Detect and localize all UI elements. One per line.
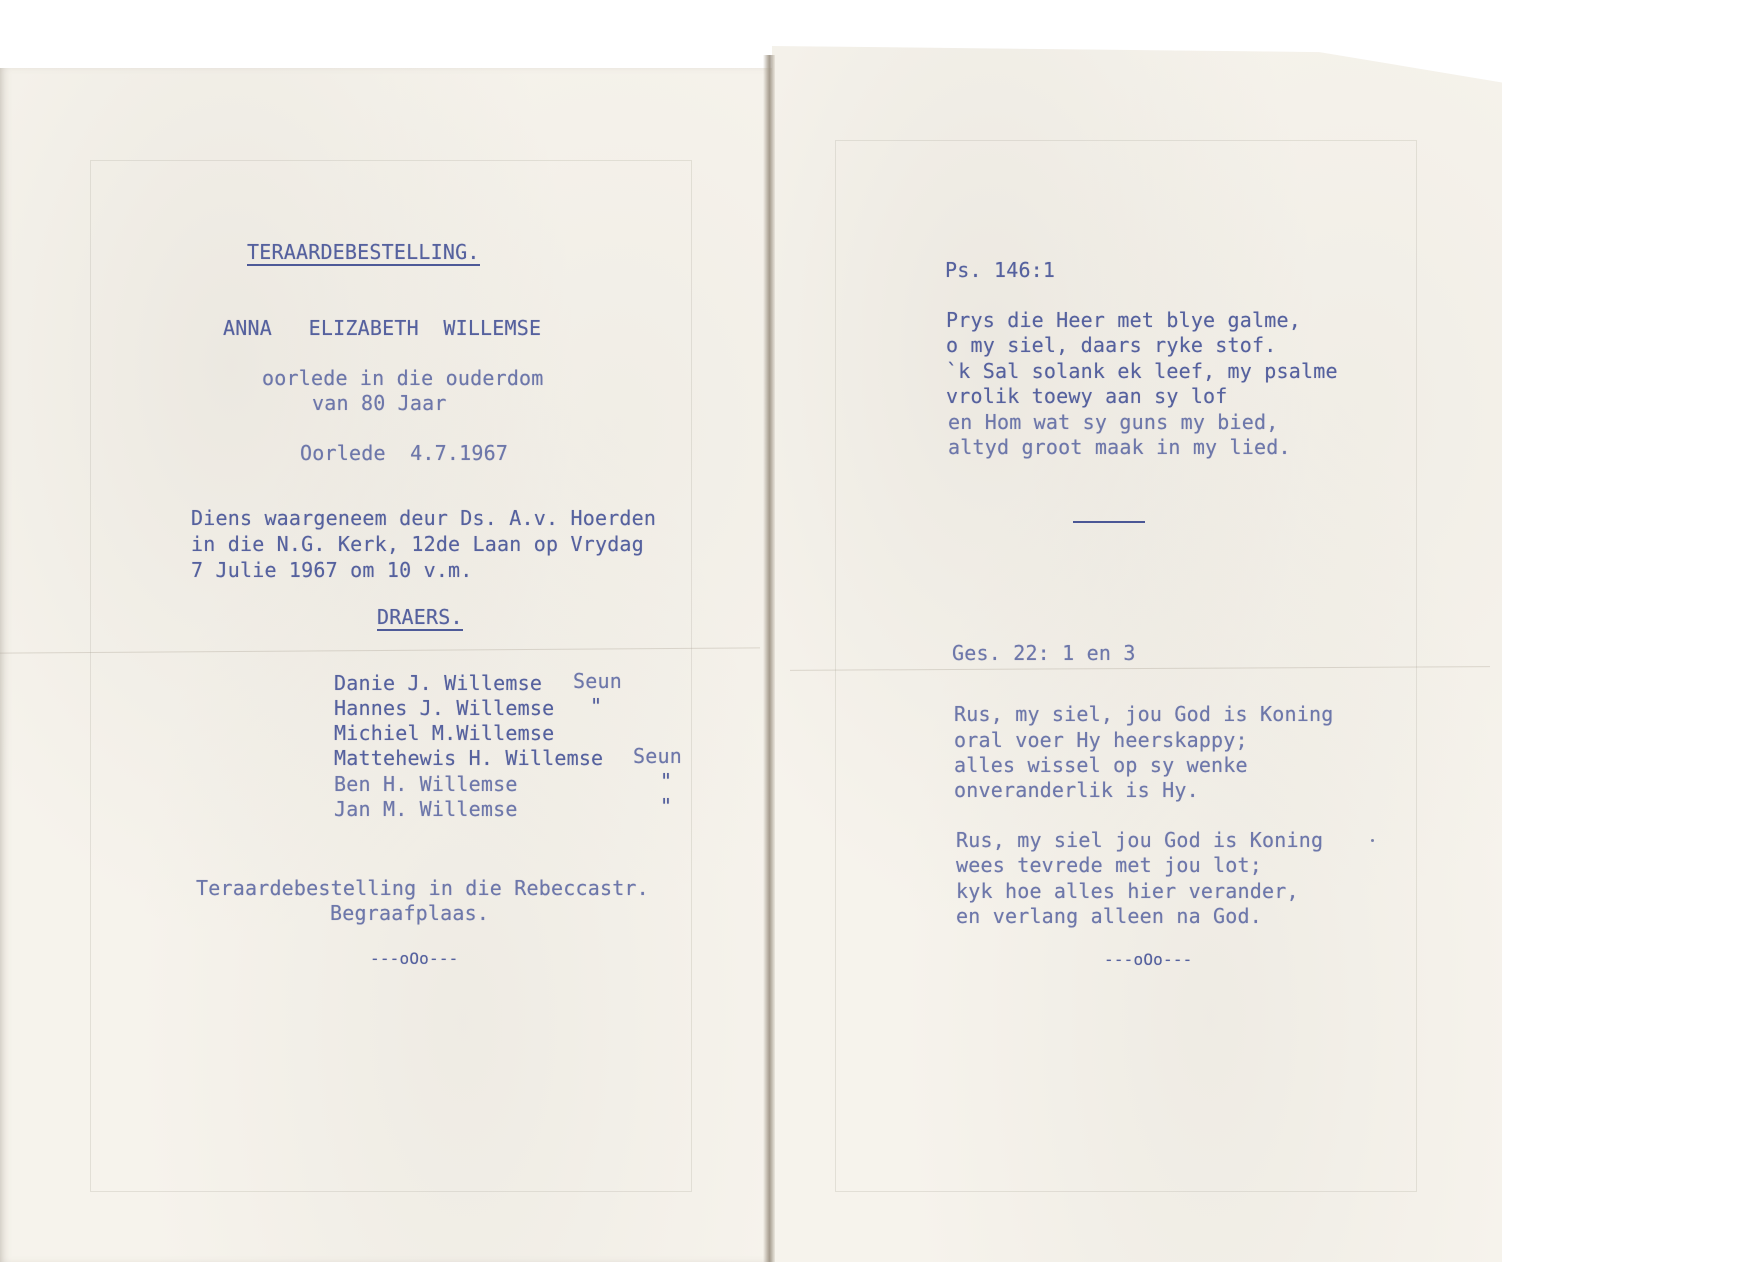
scanned-funeral-program: TERAARDEBESTELLING. ANNA ELIZABETH WILLE… xyxy=(0,0,1738,1266)
verse-line: `k Sal solank ek leef, my psalme xyxy=(946,361,1338,381)
verse-line: vrolik toewy aan sy lof xyxy=(946,386,1228,406)
verse-line: oral voer Hy heerskappy; xyxy=(954,730,1248,750)
bearer-name: Mattehewis H. Willemse xyxy=(334,748,603,768)
age-line-2: van 80 Jaar xyxy=(312,393,447,413)
bearer-relation: Seun xyxy=(633,746,682,766)
hymn-2-reference: Ges. 22: 1 en 3 xyxy=(952,643,1136,663)
center-fold xyxy=(763,55,775,1262)
verse-line: wees tevrede met jou lot; xyxy=(956,855,1262,875)
burial-line-1: Teraardebestelling in die Rebeccastr. xyxy=(196,878,649,898)
bearer-relation: Seun xyxy=(573,671,622,691)
verse-line: kyk hoe alles hier verander, xyxy=(956,881,1299,901)
hymn-1-reference: Ps. 146:1 xyxy=(945,260,1055,280)
verse-line: Prys die Heer met blye galme, xyxy=(946,310,1301,330)
bearer-name: Danie J. Willemse xyxy=(334,673,542,693)
bearer-name: Michiel M.Willemse xyxy=(334,723,554,743)
service-line: Diens waargeneem deur Ds. A.v. Hoerden xyxy=(191,508,656,528)
burial-line-2: Begraafplaas. xyxy=(330,903,489,923)
service-line: 7 Julie 1967 om 10 v.m. xyxy=(191,560,473,580)
deceased-name: ANNA ELIZABETH WILLEMSE xyxy=(223,318,541,338)
bearers-heading: DRAERS. xyxy=(377,607,463,631)
verse-line: onveranderlik is Hy. xyxy=(954,780,1199,800)
verse-line: Rus, my siel jou God is Koning xyxy=(956,830,1323,850)
bearer-relation: " xyxy=(590,696,602,716)
bearer-name: Jan M. Willemse xyxy=(334,799,518,819)
page-heading: TERAARDEBESTELLING. xyxy=(247,242,480,266)
bearer-name: Ben H. Willemse xyxy=(334,774,518,794)
bearer-name: Hannes J. Willemse xyxy=(334,698,554,718)
verse-line: o my siel, daars ryke stof. xyxy=(946,335,1277,355)
date-of-death: Oorlede 4.7.1967 xyxy=(300,443,508,463)
end-mark: ---oOo--- xyxy=(370,951,459,967)
ink-speck xyxy=(1371,839,1374,842)
verse-line: alles wissel op sy wenke xyxy=(954,755,1248,775)
bearer-relation: " xyxy=(660,771,672,791)
end-mark: ---oOo--- xyxy=(1104,952,1193,968)
bearer-relation: " xyxy=(660,796,672,816)
service-line: in die N.G. Kerk, 12de Laan op Vrydag xyxy=(191,534,644,554)
separator-rule xyxy=(1073,521,1145,523)
verse-line: altyd groot maak in my lied. xyxy=(948,437,1291,457)
verse-line: en Hom wat sy guns my bied, xyxy=(948,412,1279,432)
right-page-border xyxy=(835,140,1417,1192)
verse-line: en verlang alleen na God. xyxy=(956,906,1262,926)
age-line-1: oorlede in die ouderdom xyxy=(262,368,544,388)
verse-line: Rus, my siel, jou God is Koning xyxy=(954,704,1333,724)
